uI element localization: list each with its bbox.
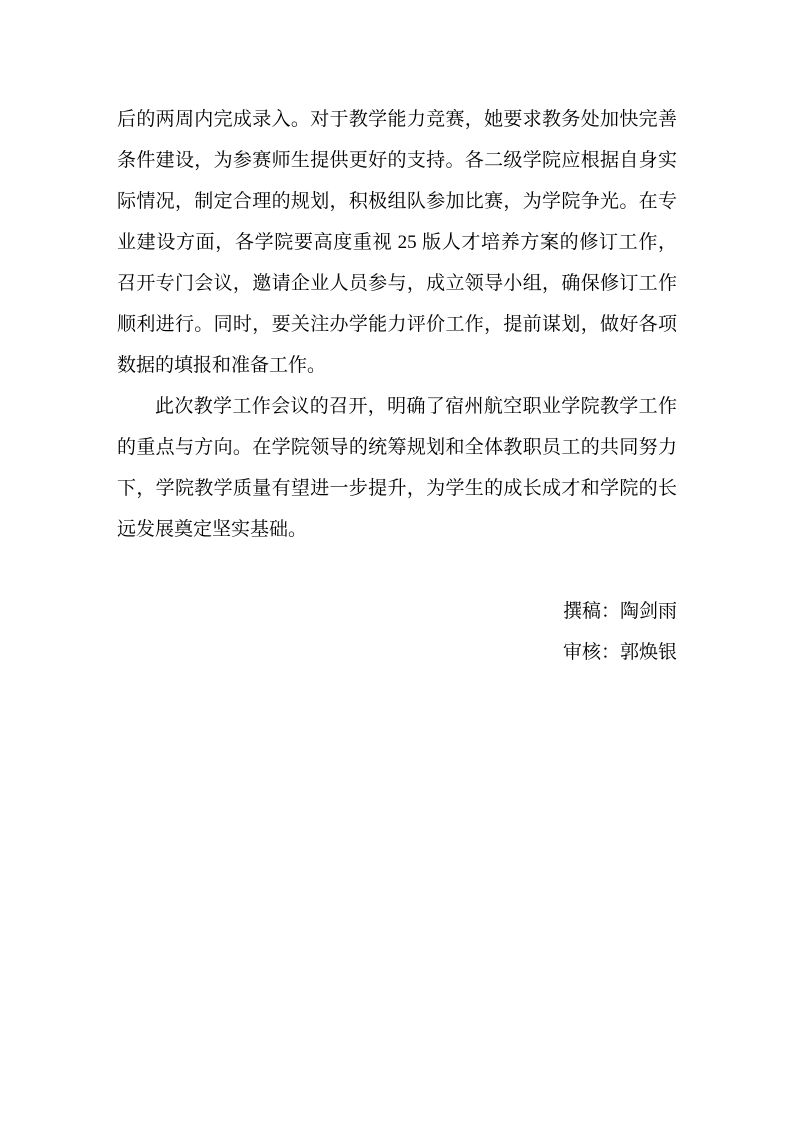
author-signature-line: 撰稿：陶剑雨 <box>117 591 677 632</box>
paragraph-continuation: 后的两周内完成录入。对于教学能力竞赛，她要求教务处加快完善条件建设，为参赛师生提… <box>117 99 677 386</box>
document-page: 后的两周内完成录入。对于教学能力竞赛，她要求教务处加快完善条件建设，为参赛师生提… <box>0 0 793 1122</box>
paragraph-closing: 此次教学工作会议的召开，明确了宿州航空职业学院教学工作的重点与方向。在学院领导的… <box>117 386 677 550</box>
reviewer-signature-line: 审核：郭焕银 <box>117 632 677 673</box>
